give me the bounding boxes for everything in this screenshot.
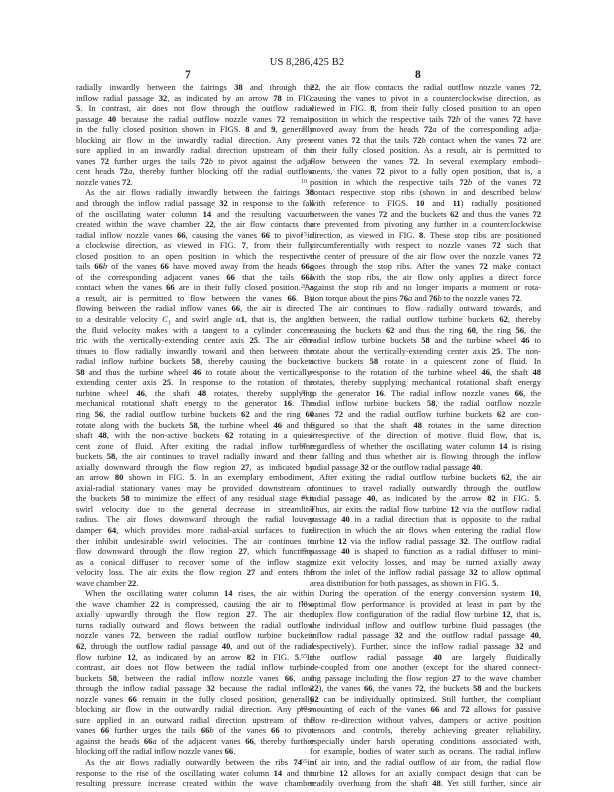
margin-line-number: 30: [299, 389, 309, 396]
text-line: to a desirable velocity C1 and swirl ang…: [76, 314, 314, 325]
text-line: respectively). Further, since the inflow…: [310, 641, 541, 652]
text-line: vanes 66 further urges the tails 66b of …: [76, 725, 314, 736]
text-line: extending center axis 25. In response to…: [76, 377, 314, 388]
text-line: sensors and controls, thereby achieving …: [310, 725, 541, 736]
text-line: blocking air flow in the inwardly radial…: [76, 135, 314, 146]
text-line: axially upwardly through the flow region…: [76, 609, 314, 620]
margin-line-number: 50: [299, 600, 309, 607]
text-line: the buckets 58 to minimize the effect of…: [76, 493, 314, 504]
text-line: for example, bodies of water such as oce…: [310, 746, 541, 757]
text-line: ring 56, the radial outflow turbine buck…: [76, 409, 314, 420]
text-line: 62, through the outflow radial passage 4…: [76, 641, 314, 652]
text-line: 62 can be individually optimized. Still …: [310, 694, 541, 705]
text-line: with reference to FIGS. 10 and 11) radia…: [310, 198, 541, 209]
text-line: the center of pressure of the air flow o…: [310, 251, 541, 262]
text-line: passage 40 is shaped to function as a ra…: [310, 546, 541, 557]
text-line: against the heads 66a of the adjacent va…: [76, 736, 314, 747]
text-line: in their fully closed position. As a res…: [310, 145, 541, 156]
text-line: rotate along with the buckets 58, the tu…: [76, 420, 314, 431]
left-column-number: 7: [185, 69, 191, 81]
text-line: viewed in FIG. 8, from their fully close…: [310, 103, 541, 114]
text-line: 22), the vanes 66, the vanes 72, the buc…: [310, 683, 541, 694]
text-line: active buckets 58 rotate in a quiescent …: [310, 356, 541, 367]
text-line: the outflow radial passage 40 are largel…: [310, 652, 541, 663]
text-line: the fluid velocity makes with a tangent …: [76, 325, 314, 336]
margin-line-number: 60: [299, 705, 309, 712]
text-line: velocity loss. The air exits the flow re…: [76, 567, 314, 578]
text-line: contact when the vanes 66 are in their f…: [76, 282, 314, 293]
text-line: rotate about the vertically-extending ce…: [310, 346, 541, 357]
text-line: are prevented from pivoting any further …: [310, 219, 541, 230]
text-line: flow turbine 12, as indicated by an arro…: [76, 652, 314, 663]
text-line: cent vanes 72 that the tails 72b contact…: [310, 135, 541, 146]
right-column-number: 8: [415, 69, 421, 81]
text-line: The air continues to flow radially outwa…: [310, 303, 541, 314]
text-line: the wave chamber 22 is compressed, causi…: [76, 599, 314, 610]
text-line: resulting pressure increase created with…: [76, 778, 314, 789]
margin-line-number: 55: [299, 653, 309, 660]
text-line: causing the buckets 62 and thus the ring…: [310, 325, 541, 336]
text-line: a clockwise direction, as viewed in FIG.…: [76, 240, 314, 251]
text-line: sure applied in an inwardly radial direc…: [76, 145, 314, 156]
text-line: contact respective stop ribs (shown in a…: [310, 187, 541, 198]
left-text-column: radially inwardly between the fairings 3…: [76, 82, 314, 789]
text-line: turns radially outward and flows between…: [76, 620, 314, 631]
text-line: radial inflow nozzle vanes 66, causing t…: [76, 230, 314, 241]
text-line: against the stop rib and no longer impar…: [310, 282, 541, 293]
text-line: radially inwardly between the fairings 3…: [76, 82, 314, 93]
margin-line-number: 25: [299, 336, 309, 343]
text-line: radial inflow turbine buckets 58 and the…: [310, 335, 541, 346]
text-line: from the inlet of the inflow radial pass…: [310, 567, 541, 578]
text-line: the individual inflow and outflow turbin…: [310, 620, 541, 631]
text-line: As the air flows radially outwardly betw…: [76, 757, 314, 768]
text-line: passage 40 because the radial outflow no…: [76, 114, 314, 125]
text-line: a result, air is permitted to flow betwe…: [76, 293, 314, 304]
text-line: tion torque about the pins 76a and 76b t…: [310, 293, 541, 304]
text-line: closed position to an open position in w…: [76, 251, 314, 262]
text-line: between the vanes 72 and the buckets 62 …: [310, 209, 541, 220]
text-line: radial passage 32 or the outflow radial …: [310, 462, 541, 473]
text-line: radius. The air flows downward through t…: [76, 514, 314, 525]
text-line: or falling and thus whether air is flowi…: [310, 451, 541, 462]
text-line: When the oscillating water column 14 ris…: [76, 588, 314, 599]
text-line: an arrow 80 shown in FIG. 5. In an exemp…: [76, 472, 314, 483]
text-line: ing passage including the flow region 27…: [310, 673, 541, 684]
text-line: cent heads 72a, thereby further blocking…: [76, 166, 314, 177]
text-line: response to the rise of the oscillating …: [76, 768, 314, 779]
text-line: regardless of whether the oscillating wa…: [310, 441, 541, 452]
text-line: duplex flow configuration of the radial …: [310, 609, 541, 620]
text-line: contrast, air does not flow between the …: [76, 662, 314, 673]
text-line: ments, the vanes 72 pivot to a fully ope…: [310, 166, 541, 177]
text-line: blocking off the radial inflow nozzle va…: [76, 746, 314, 757]
text-line: of air into, and the radial outflow of a…: [310, 757, 541, 768]
text-line: then between, the radial outflow turbine…: [310, 314, 541, 325]
text-line: position in which the respective tails 7…: [310, 114, 541, 125]
margin-line-number: 40: [299, 494, 309, 501]
text-line: created within the wave chamber 22, the …: [76, 219, 314, 230]
margin-line-number: 5: [299, 125, 309, 132]
text-line: with the stop ribs, the air flow only ap…: [310, 272, 541, 283]
text-line: mechanical rotational shaft energy to th…: [76, 398, 314, 409]
text-line: flowing between the radial inflow vanes …: [76, 303, 314, 314]
text-line: nozzle vanes 72.: [76, 177, 314, 188]
text-line: ther inhibit undesirable swirl velocitie…: [76, 536, 314, 547]
text-line: As the air flows radially inwardly betwe…: [76, 187, 314, 198]
text-line: flow between the vanes 72. In several ex…: [310, 156, 541, 167]
text-line: flow downward through the flow region 27…: [76, 546, 314, 557]
text-line: to the generator 16. The radial inflow n…: [310, 388, 541, 399]
text-line: through the inflow radial passage 32 bec…: [76, 683, 314, 694]
text-line: direction, as viewed in FIG. 8. These st…: [310, 230, 541, 241]
margin-line-number: 15: [299, 231, 309, 238]
text-line: tinues to flow radially inwardly toward …: [76, 346, 314, 357]
text-line: of the oscillating water column 14 and t…: [76, 209, 314, 220]
text-line: in the fully closed position shown in FI…: [76, 124, 314, 135]
text-line: 5. In contrast, air does not flow throug…: [76, 103, 314, 114]
text-line: figured so that the shaft 48 rotates in …: [310, 420, 541, 431]
text-line: area distribution for both passages, as …: [310, 578, 541, 589]
text-line: irrespective of the direction of motive …: [310, 430, 541, 441]
text-line: vanes 72 and the radial outflow turbine …: [310, 409, 541, 420]
text-line: 58 and thus the turbine wheel 46 to rota…: [76, 367, 314, 378]
text-line: readily overhung from the shaft 48. Yet …: [310, 778, 541, 789]
text-line: cent zone of fluid. After exiting the ra…: [76, 441, 314, 452]
text-line: nozzle vanes 72, between the radial outf…: [76, 630, 314, 641]
text-line: swirl velocity due to the general decrea…: [76, 504, 314, 515]
text-line: vanes 72 further urges the tails 72b to …: [76, 156, 314, 167]
text-line: nozzle vanes 66 remain in the fully clos…: [76, 694, 314, 705]
text-line: wave chamber 22.: [76, 578, 314, 589]
text-line: axial-radial stationary vanes may be pro…: [76, 483, 314, 494]
text-line: During the operation of the energy conve…: [310, 588, 541, 599]
text-line: radial passage 40, as indicated by the a…: [310, 493, 541, 504]
text-line: goes through the stop ribs. After the va…: [310, 261, 541, 272]
text-line: moved away from the heads 72a of the cor…: [310, 124, 541, 135]
text-line: After exiting the radial outflow turbine…: [310, 472, 541, 483]
text-line: direction in which the air flows when en…: [310, 525, 541, 536]
text-line: especially under harsh operating conditi…: [310, 736, 541, 747]
text-line: causing the vanes to pivot in a counterc…: [310, 93, 541, 104]
right-text-column: 22, the air flow contacts the radial out…: [310, 82, 541, 789]
text-line: tric with the vertically-extending cente…: [76, 335, 314, 346]
text-line: rotates, thereby supplying mechanical ro…: [310, 377, 541, 388]
text-line: tails 66b of the vanes 66 have moved awa…: [76, 261, 314, 272]
text-line: position in which the respective tails 7…: [310, 177, 541, 188]
text-line: of the corresponding adjacent vanes 66 t…: [76, 272, 314, 283]
text-line: optimal flow performance is provided at …: [310, 599, 541, 610]
margin-line-number: 65: [299, 758, 309, 765]
text-line: buckets 58, the air continues to travel …: [76, 451, 314, 462]
margin-line-number: 35: [299, 442, 309, 449]
text-line: mize exit velocity losses, and may be tu…: [310, 557, 541, 568]
patent-number: US 8,286,425 B2: [0, 57, 614, 68]
margin-line-number: 45: [299, 547, 309, 554]
text-line: inflow radial passage 32 and the outflow…: [310, 630, 541, 641]
text-line: axially downward through the flow region…: [76, 462, 314, 473]
text-line: de-coupled from one another (except for …: [310, 662, 541, 673]
margin-line-number: 20: [299, 283, 309, 290]
text-line: radial inflow turbine buckets 58, thereb…: [76, 356, 314, 367]
text-line: shaft 48, with the non-active buckets 62…: [76, 430, 314, 441]
text-line: radial inflow turbine buckets 58, the ra…: [310, 398, 541, 409]
text-line: turbine wheel 46, the shaft 48 rotates, …: [76, 388, 314, 399]
text-line: response to the rotation of the turbine …: [310, 367, 541, 378]
text-line: and through the inflow radial passage 32…: [76, 198, 314, 209]
text-line: sure applied in an outward radial direct…: [76, 715, 314, 726]
text-line: inflow radial passage 32, as indicated b…: [76, 93, 314, 104]
text-line: flow re-direction without valves, damper…: [310, 715, 541, 726]
text-line: mounting of each of the vanes 66 and 72 …: [310, 704, 541, 715]
text-line: 22, the air flow contacts the radial out…: [310, 82, 541, 93]
text-line: Thus, air exits the radial flow turbine …: [310, 504, 541, 515]
text-line: blocking air flow in the outwardly radia…: [76, 704, 314, 715]
text-line: circumferentially with respect to nozzle…: [310, 240, 541, 251]
text-line: damper 64, which provides more radial-ax…: [76, 525, 314, 536]
text-line: passage 40 in a radial direction that is…: [310, 514, 541, 525]
text-line: as a conical diffuser to recover some of…: [76, 557, 314, 568]
text-line: continues to travel radially outwardly t…: [310, 483, 541, 494]
margin-line-number: 10: [299, 178, 309, 185]
text-line: turbine 12 allows for an axially compact…: [310, 768, 541, 779]
text-line: buckets 58, between the radial inflow no…: [76, 673, 314, 684]
text-line: turbine 12 via the inflow radial passage…: [310, 536, 541, 547]
